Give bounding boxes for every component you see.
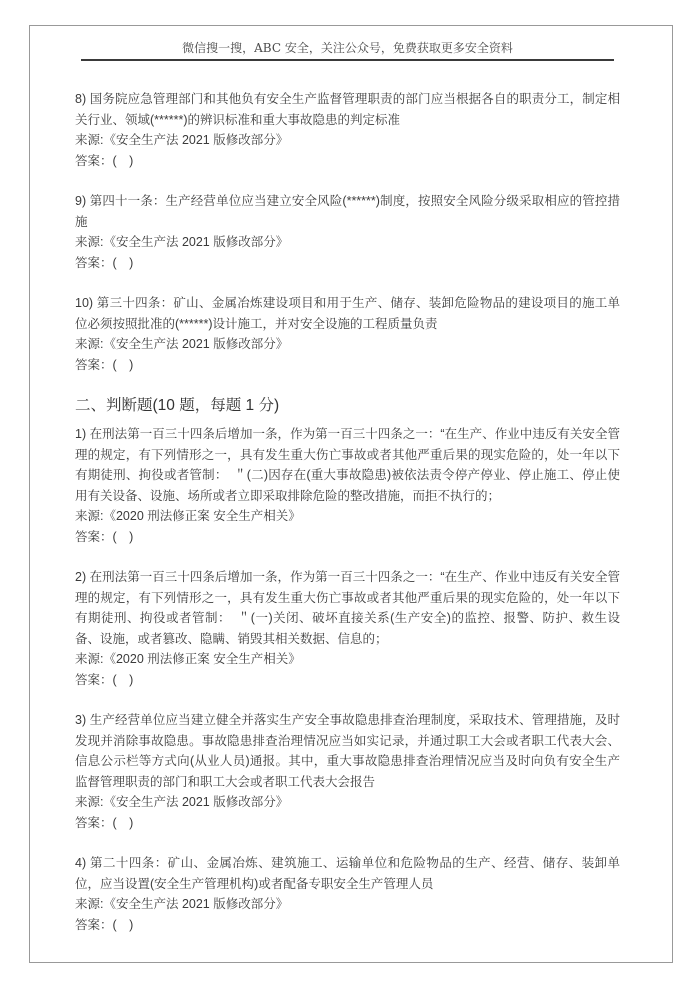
question-answer: 答案：( ) [75, 527, 620, 548]
question-answer: 答案：( ) [75, 355, 620, 376]
page-header: 微信搜一搜，ABC 安全，关注公众号，免费获取更多安全资料 [81, 40, 614, 61]
question-block-judge-4: 4) 第二十四条：矿山、金属冶炼、建筑施工、运输单位和危险物品的生产、经营、储存… [75, 853, 620, 935]
question-answer: 答案：( ) [75, 915, 620, 936]
question-block-10: 10) 第三十四条：矿山、金属冶炼建设项目和用于生产、储存、装卸危险物品的建设项… [75, 293, 620, 375]
question-block-judge-1: 1) 在刑法第一百三十四条后增加一条，作为第一百三十四条之一：“在生产、作业中违… [75, 424, 620, 547]
question-source: 来源:《安全生产法 2021 版修改部分》 [75, 894, 620, 915]
document-page: 微信搜一搜，ABC 安全，关注公众号，免费获取更多安全资料 8) 国务院应急管理… [29, 25, 673, 963]
header-promo-text: 微信搜一搜，ABC 安全，关注公众号，免费获取更多安全资料 [182, 41, 513, 55]
question-source: 来源:《安全生产法 2021 版修改部分》 [75, 792, 620, 813]
question-text: 3) 生产经营单位应当建立健全并落实生产安全事故隐患排查治理制度，采取技术、管理… [75, 710, 620, 792]
question-source: 来源:《安全生产法 2021 版修改部分》 [75, 334, 620, 355]
question-block-8: 8) 国务院应急管理部门和其他负有安全生产监督管理职责的部门应当根据各自的职责分… [75, 89, 620, 171]
page-content: 微信搜一搜，ABC 安全，关注公众号，免费获取更多安全资料 8) 国务院应急管理… [30, 40, 672, 935]
question-answer: 答案：( ) [75, 813, 620, 834]
question-text: 10) 第三十四条：矿山、金属冶炼建设项目和用于生产、储存、装卸危险物品的建设项… [75, 293, 620, 334]
question-answer: 答案：( ) [75, 253, 620, 274]
section-heading-judgment: 二、判断题(10 题，每题 1 分) [75, 395, 620, 417]
question-source: 来源:《2020 刑法修正案 安全生产相关》 [75, 506, 620, 527]
question-source: 来源:《安全生产法 2021 版修改部分》 [75, 232, 620, 253]
question-answer: 答案：( ) [75, 670, 620, 691]
question-text: 1) 在刑法第一百三十四条后增加一条，作为第一百三十四条之一：“在生产、作业中违… [75, 424, 620, 506]
question-block-9: 9) 第四十一条：生产经营单位应当建立安全风险(******)制度，按照安全风险… [75, 191, 620, 273]
question-block-judge-2: 2) 在刑法第一百三十四条后增加一条，作为第一百三十四条之一：“在生产、作业中违… [75, 567, 620, 690]
question-text: 9) 第四十一条：生产经营单位应当建立安全风险(******)制度，按照安全风险… [75, 191, 620, 232]
question-source: 来源:《2020 刑法修正案 安全生产相关》 [75, 649, 620, 670]
question-block-judge-3: 3) 生产经营单位应当建立健全并落实生产安全事故隐患排查治理制度，采取技术、管理… [75, 710, 620, 833]
question-text: 8) 国务院应急管理部门和其他负有安全生产监督管理职责的部门应当根据各自的职责分… [75, 89, 620, 130]
page-background: 微信搜一搜，ABC 安全，关注公众号，免费获取更多安全资料 8) 国务院应急管理… [0, 0, 700, 990]
question-source: 来源:《安全生产法 2021 版修改部分》 [75, 130, 620, 151]
question-text: 2) 在刑法第一百三十四条后增加一条，作为第一百三十四条之一：“在生产、作业中违… [75, 567, 620, 649]
question-answer: 答案：( ) [75, 151, 620, 172]
question-text: 4) 第二十四条：矿山、金属冶炼、建筑施工、运输单位和危险物品的生产、经营、储存… [75, 853, 620, 894]
